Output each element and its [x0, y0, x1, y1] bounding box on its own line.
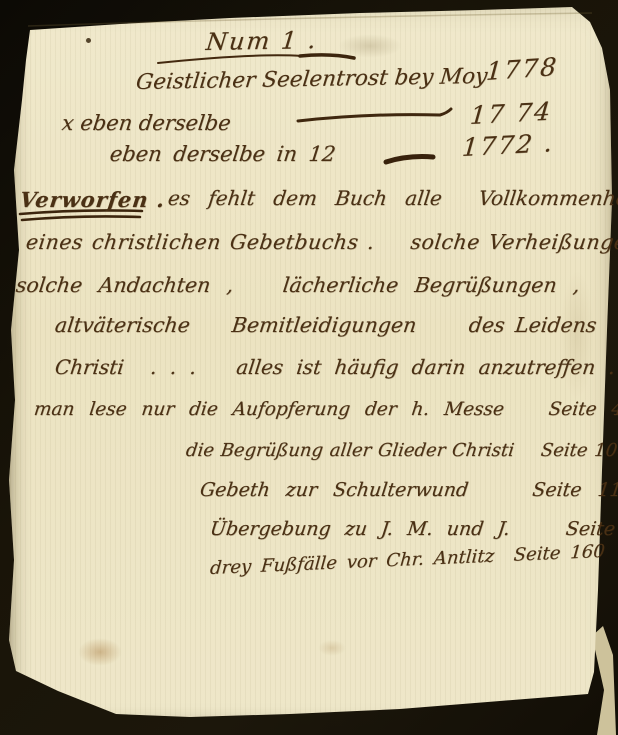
verdict-line: eines christlichen Gebetbuchs . solche V…: [25, 231, 618, 255]
catalog-entry-year: 17 74: [469, 98, 554, 131]
verdict-line: es fehlt dem Buch alle Vollkommenheit: [167, 187, 618, 210]
numero-heading: Num 1 .: [205, 27, 320, 57]
verdict-line: Christi . . . alles ist häufig darin anz…: [54, 356, 617, 379]
reference-line: Übergebung zu J. M. und J. Seite 140: [209, 519, 618, 541]
verdict-line: solche Andachten , lächerliche Begrüßung…: [15, 274, 582, 298]
catalog-entry-title: x eben derselbe: [61, 111, 233, 135]
reference-line: die Begrüßung aller Glieder Christi Seit…: [185, 441, 618, 462]
reference-line: man lese nur die Aufopferung der h. Mess…: [33, 399, 618, 420]
catalog-entry-year: 1778: [485, 53, 559, 87]
reference-line: Gebeth zur Schulterwund Seite 110: [199, 480, 618, 502]
manuscript-scan: Num 1 . Geistlicher Seelentrost bey Moy …: [0, 0, 618, 735]
verdict-keyword: Verworfen .: [19, 188, 167, 212]
catalog-entry-year: 1772 .: [461, 129, 556, 163]
catalog-entry-title: eben derselbe in 12: [109, 142, 337, 166]
verdict-line: altväterische Bemitleidigungen des Leide…: [54, 314, 598, 338]
